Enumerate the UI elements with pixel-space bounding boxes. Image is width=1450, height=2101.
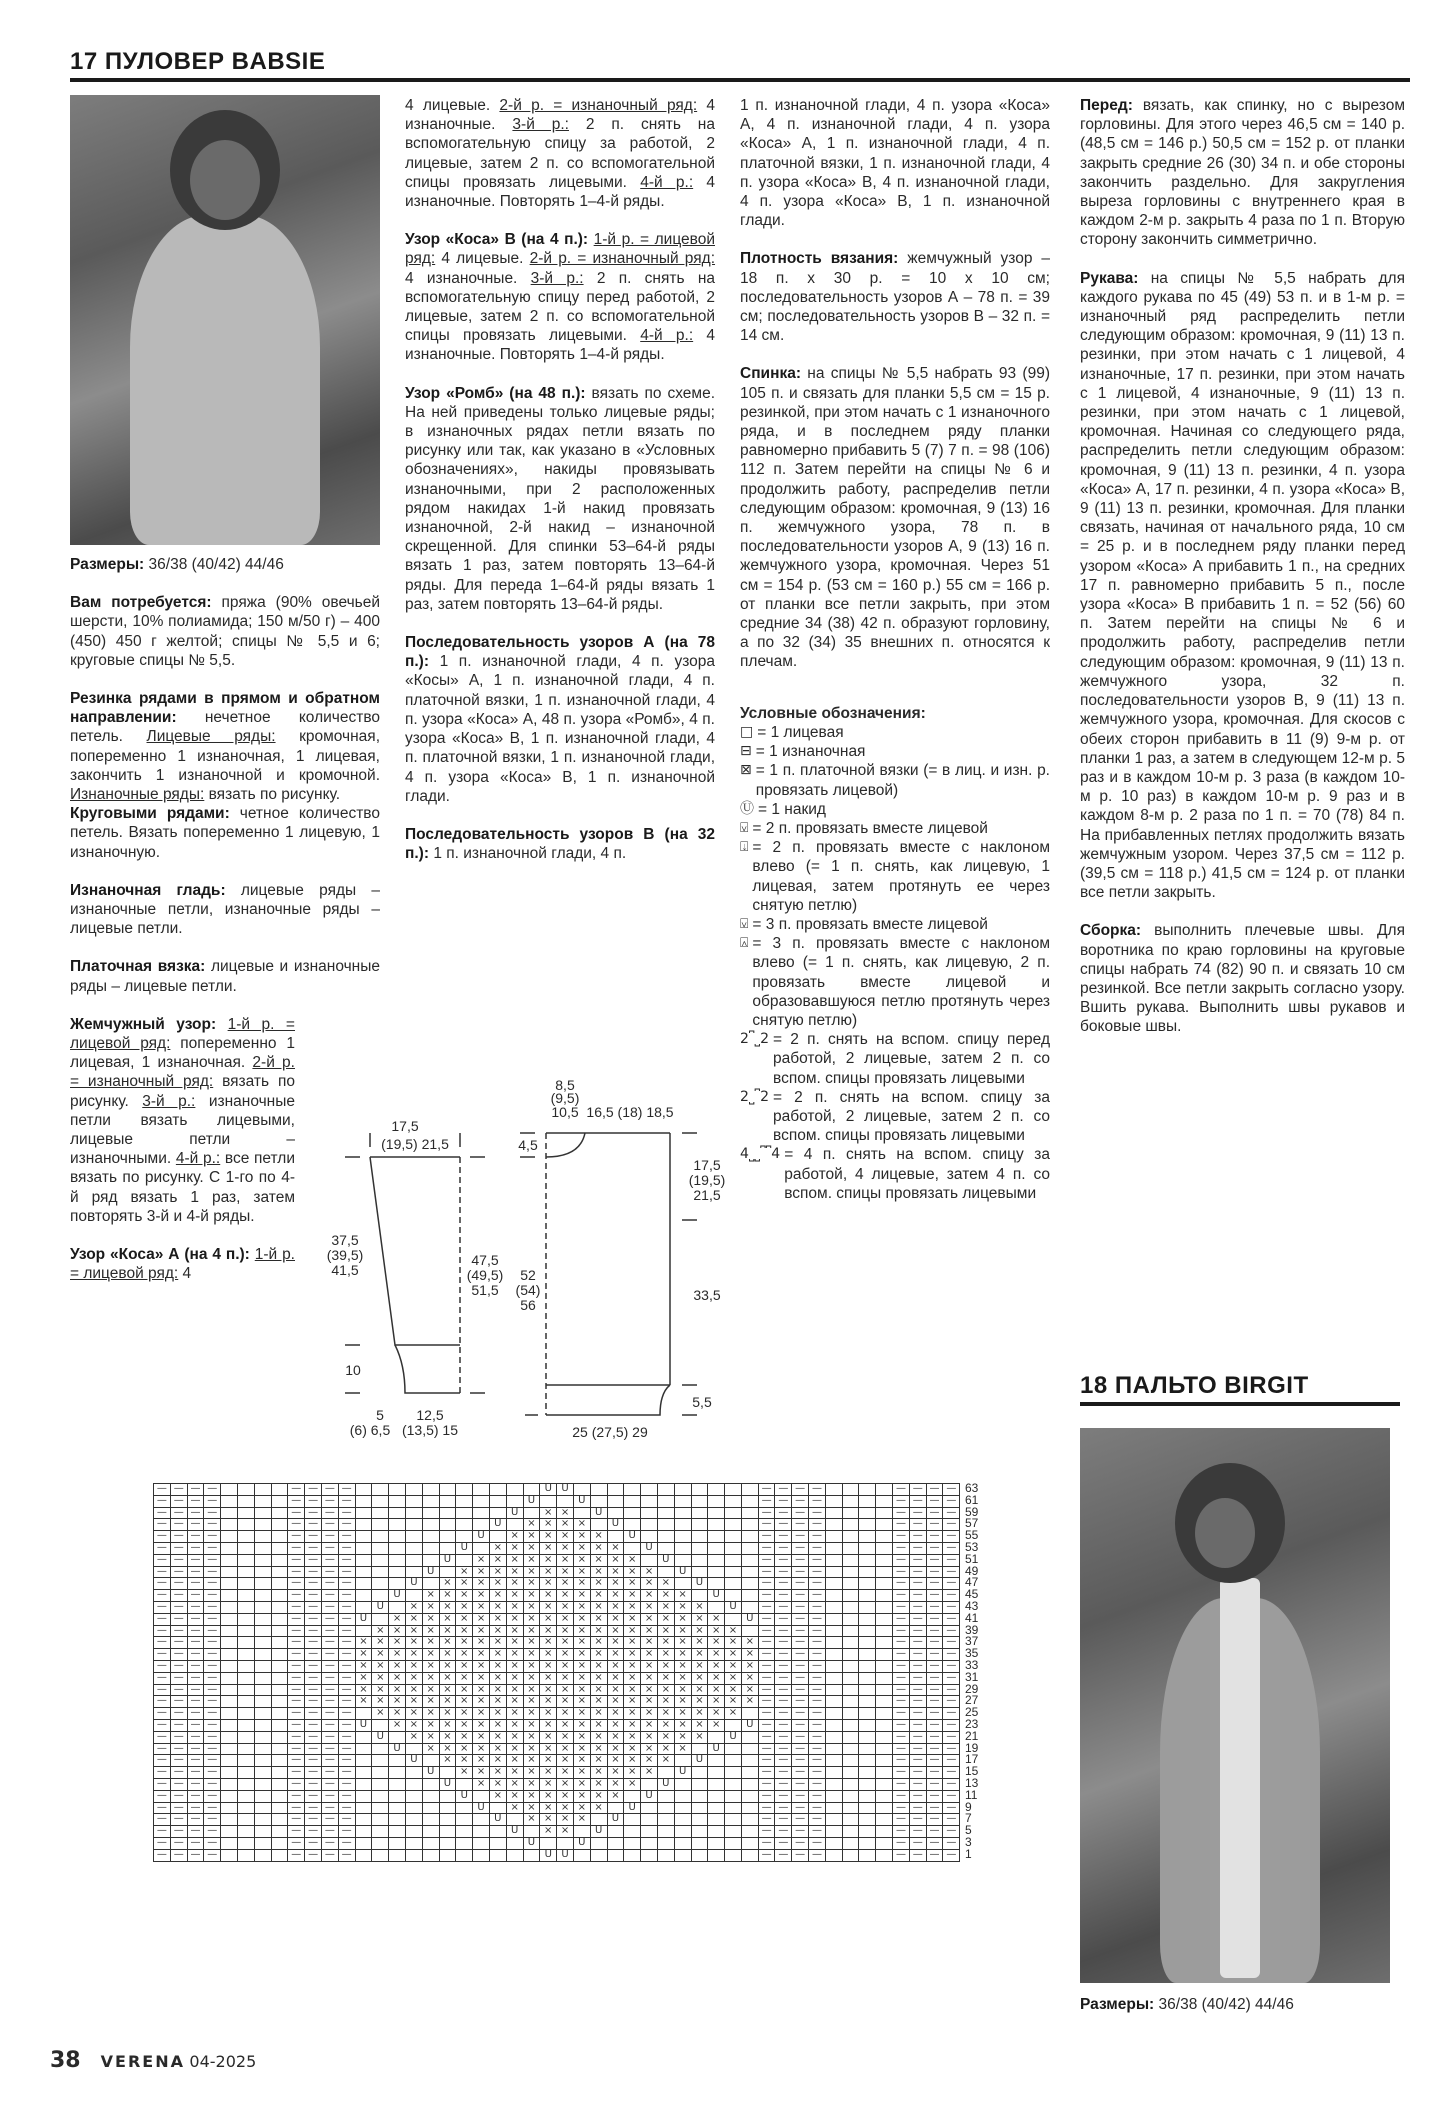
chart-cell <box>255 1779 272 1791</box>
chart-cell <box>826 1814 843 1826</box>
chart-cell <box>389 1496 406 1508</box>
chart-cell <box>859 1732 876 1744</box>
chart-cell <box>742 1779 759 1791</box>
chart-cell <box>826 1732 843 1744</box>
chart-cell <box>608 1838 625 1850</box>
chart-cell <box>859 1614 876 1626</box>
chart-cell <box>826 1767 843 1779</box>
chart-cell <box>859 1838 876 1850</box>
chart-cell: — <box>943 1791 960 1803</box>
chart-cell: × <box>473 1732 490 1744</box>
chart-cell: × <box>507 1720 524 1732</box>
chart-cell: — <box>775 1661 792 1673</box>
chart-cell: — <box>775 1791 792 1803</box>
chart-cell <box>658 1519 675 1531</box>
chart-cell <box>876 1626 893 1638</box>
chart-cell <box>456 1838 473 1850</box>
chart-cell: U <box>423 1567 440 1579</box>
chart-cell: × <box>725 1661 742 1673</box>
chart-cell: — <box>775 1779 792 1791</box>
chart-cell <box>859 1578 876 1590</box>
chart-cell <box>255 1543 272 1555</box>
chart-cell <box>725 1755 742 1767</box>
chart-cell <box>238 1838 255 1850</box>
gauge-label: Плотность вязания: <box>740 250 898 267</box>
chart-cell: — <box>188 1850 205 1862</box>
chart-cell: × <box>608 1602 625 1614</box>
chart-cell <box>406 1814 423 1826</box>
chart-cell: — <box>154 1496 171 1508</box>
chart-cell <box>826 1519 843 1531</box>
sequence-a-text: 1 п. изнаночной глади, 4 п. узора «Косы»… <box>405 653 715 804</box>
chart-cell: — <box>188 1543 205 1555</box>
chart-cell <box>389 1508 406 1520</box>
chart-cell <box>859 1567 876 1579</box>
chart-cell <box>876 1779 893 1791</box>
chart-cell: — <box>809 1850 826 1862</box>
chart-cell: × <box>440 1755 457 1767</box>
chart-cell: — <box>927 1838 944 1850</box>
chart-cell: — <box>288 1850 305 1862</box>
chart-cell: — <box>188 1838 205 1850</box>
chart-cell <box>490 1850 507 1862</box>
svg-text:51,5: 51,5 <box>471 1282 498 1298</box>
chart-cell <box>859 1708 876 1720</box>
chart-cell: — <box>322 1779 339 1791</box>
chart-cell: — <box>910 1673 927 1685</box>
chart-cell: — <box>339 1850 356 1862</box>
legend-item: 4⎵⎵⎴⎴4= 4 п. снять на вспом. спицу за ра… <box>740 1145 1050 1203</box>
chart-cell: × <box>490 1732 507 1744</box>
chart-cell: U <box>608 1519 625 1531</box>
chart-cell <box>255 1602 272 1614</box>
chart-cell <box>608 1850 625 1862</box>
chart-cell <box>876 1673 893 1685</box>
chart-cell: × <box>356 1696 373 1708</box>
knit-icon: □ <box>740 723 753 742</box>
section-title-coat: 18 ПАЛЬТО BIRGIT <box>1080 1372 1400 1406</box>
chart-cell: — <box>339 1791 356 1803</box>
svg-text:16,5 (18) 18,5: 16,5 (18) 18,5 <box>586 1104 673 1120</box>
chart-cell: × <box>574 1814 591 1826</box>
legend-text: = 1 п. платочной вязки (= в лиц. и изн. … <box>756 761 1050 799</box>
chart-cell <box>725 1826 742 1838</box>
chart-cell: — <box>154 1543 171 1555</box>
chart-cell <box>221 1496 238 1508</box>
chart-cell <box>876 1637 893 1649</box>
chart-cell: — <box>339 1661 356 1673</box>
chart-cell <box>574 1850 591 1862</box>
chart-cell <box>221 1850 238 1862</box>
row-label: 3-й р.: <box>512 116 569 133</box>
chart-cell: — <box>910 1732 927 1744</box>
chart-cell <box>692 1519 709 1531</box>
coat-photo <box>1080 1428 1390 1983</box>
legend-item: ⍗= 2 п. провязать вместе с наклоном влев… <box>740 838 1050 915</box>
chart-cell: — <box>927 1661 944 1673</box>
chart-cell <box>238 1637 255 1649</box>
chart-cell: × <box>440 1720 457 1732</box>
chart-cell <box>272 1779 289 1791</box>
svg-text:17,5: 17,5 <box>693 1157 720 1173</box>
chart-cell: × <box>406 1661 423 1673</box>
chart-cell: — <box>809 1496 826 1508</box>
chart-cell <box>843 1826 860 1838</box>
chart-cell: × <box>624 1661 641 1673</box>
chart-cell <box>255 1661 272 1673</box>
chart-cell <box>406 1826 423 1838</box>
chart-cell: — <box>339 1602 356 1614</box>
chart-cell: × <box>406 1673 423 1685</box>
chart-cell <box>843 1602 860 1614</box>
sizes-value: 36/38 (40/42) 44/46 <box>149 556 284 573</box>
chart-cell <box>356 1543 373 1555</box>
chart-cell <box>843 1755 860 1767</box>
chart-cell: — <box>792 1602 809 1614</box>
legend-text: = 3 п. провязать вместе лицевой <box>752 915 1050 934</box>
chart-cell <box>272 1649 289 1661</box>
chart-cell: — <box>188 1555 205 1567</box>
svg-text:56: 56 <box>520 1297 536 1313</box>
chart-cell <box>826 1614 843 1626</box>
chart-cell: × <box>591 1673 608 1685</box>
chart-cell: — <box>322 1602 339 1614</box>
chart-cell <box>742 1803 759 1815</box>
chart-cell <box>826 1708 843 1720</box>
chart-cell: — <box>171 1496 188 1508</box>
chart-cell <box>221 1767 238 1779</box>
chart-cell: — <box>759 1614 776 1626</box>
chart-cell: U <box>557 1850 574 1862</box>
chart-cell: — <box>927 1555 944 1567</box>
chart-cell: — <box>893 1779 910 1791</box>
chart-cell <box>725 1543 742 1555</box>
chart-cell <box>238 1673 255 1685</box>
chart-cell <box>490 1826 507 1838</box>
chart-cell <box>406 1519 423 1531</box>
chart-cell <box>692 1531 709 1543</box>
chart-cell <box>456 1555 473 1567</box>
chart-cell <box>440 1531 457 1543</box>
chart-cell <box>843 1685 860 1697</box>
chart-cell <box>272 1508 289 1520</box>
chart-cell: U <box>440 1779 457 1791</box>
svg-text:52: 52 <box>520 1267 536 1283</box>
chart-cell <box>843 1720 860 1732</box>
chart-cell <box>859 1661 876 1673</box>
chart-cell: × <box>473 1661 490 1673</box>
chart-cell: × <box>641 1602 658 1614</box>
cable-2x2-back-icon: 2⎵⎴2 <box>740 1088 769 1146</box>
chart-cell <box>255 1567 272 1579</box>
chart-cell: — <box>893 1661 910 1673</box>
chart-cell <box>843 1614 860 1626</box>
chart-cell: × <box>692 1661 709 1673</box>
chart-cell <box>372 1531 389 1543</box>
chart-cell: × <box>608 1661 625 1673</box>
chart-cell <box>238 1755 255 1767</box>
chart-cell: — <box>910 1602 927 1614</box>
chart-cell: U <box>540 1484 557 1496</box>
chart-cell: — <box>927 1732 944 1744</box>
sk2p-icon: ⍓ <box>740 934 748 1030</box>
chart-cell: × <box>490 1661 507 1673</box>
chart-cell <box>423 1531 440 1543</box>
chart-cell: — <box>809 1661 826 1673</box>
chart-cell: — <box>910 1838 927 1850</box>
chart-cell: × <box>540 1732 557 1744</box>
chart-cell: — <box>759 1850 776 1862</box>
chart-cell <box>843 1508 860 1520</box>
chart-cell <box>372 1767 389 1779</box>
chart-cell <box>843 1555 860 1567</box>
chart-cell <box>692 1543 709 1555</box>
chart-cell <box>255 1496 272 1508</box>
chart-cell: × <box>658 1720 675 1732</box>
chart-cell <box>876 1508 893 1520</box>
chart-cell <box>221 1779 238 1791</box>
chart-cell: — <box>322 1791 339 1803</box>
chart-cell: × <box>591 1555 608 1567</box>
sizes-label: Размеры: <box>70 556 144 573</box>
chart-cell <box>221 1708 238 1720</box>
chart-cell <box>708 1767 725 1779</box>
chart-cell <box>692 1484 709 1496</box>
chart-cell: U <box>742 1720 759 1732</box>
chart-cell <box>255 1732 272 1744</box>
chart-cell: U <box>692 1578 709 1590</box>
chart-cell <box>826 1685 843 1697</box>
chart-cell <box>708 1519 725 1531</box>
chart-cell <box>843 1708 860 1720</box>
chart-cell <box>221 1803 238 1815</box>
chart-cell: × <box>641 1732 658 1744</box>
chart-cell <box>826 1484 843 1496</box>
chart-cell <box>238 1567 255 1579</box>
chart-cell: — <box>792 1720 809 1732</box>
chart-cell: — <box>322 1555 339 1567</box>
chart-cell <box>675 1814 692 1826</box>
chart-cell <box>272 1767 289 1779</box>
legend-item: ⊟= 1 изнаночная <box>740 742 1050 761</box>
chart-cell <box>843 1531 860 1543</box>
chart-cell <box>238 1685 255 1697</box>
chart-cell: × <box>574 1543 591 1555</box>
svg-text:10: 10 <box>345 1362 361 1378</box>
chart-cell <box>238 1602 255 1614</box>
chart-cell <box>876 1826 893 1838</box>
svg-text:(49,5): (49,5) <box>467 1267 504 1283</box>
row-label: 3-й р.: <box>142 1093 195 1110</box>
chart-cell <box>406 1838 423 1850</box>
svg-text:21,5: 21,5 <box>693 1187 720 1203</box>
chart-row-number: 1 <box>965 1849 978 1861</box>
chart-cell <box>557 1496 574 1508</box>
chart-cell: U <box>524 1496 541 1508</box>
chart-cell: — <box>171 1661 188 1673</box>
chart-cell: × <box>658 1673 675 1685</box>
chart-cell <box>255 1850 272 1862</box>
chart-cell: — <box>154 1850 171 1862</box>
chart-cell <box>843 1543 860 1555</box>
chart-cell <box>843 1744 860 1756</box>
chart-cell: × <box>574 1661 591 1673</box>
chart-cell: × <box>423 1720 440 1732</box>
reverse-label: Изнаночная гладь: <box>70 882 226 899</box>
materials-label: Вам потребуется: <box>70 594 212 611</box>
chart-cell: × <box>624 1779 641 1791</box>
chart-cell: × <box>456 1732 473 1744</box>
chart-cell: × <box>574 1602 591 1614</box>
chart-cell <box>440 1803 457 1815</box>
chart-cell <box>238 1779 255 1791</box>
chart-cell <box>255 1744 272 1756</box>
chart-cell: — <box>759 1732 776 1744</box>
chart-cell: × <box>524 1673 541 1685</box>
chart-cell <box>473 1508 490 1520</box>
chart-cell <box>859 1814 876 1826</box>
chart-cell <box>423 1508 440 1520</box>
chart-cell <box>826 1803 843 1815</box>
chart-cell <box>423 1791 440 1803</box>
chart-cell <box>356 1779 373 1791</box>
chart-cell: × <box>507 1661 524 1673</box>
chart-cell <box>221 1649 238 1661</box>
chart-cell <box>238 1814 255 1826</box>
chart-cell <box>859 1744 876 1756</box>
chart-cell <box>423 1814 440 1826</box>
chart-cell: × <box>473 1614 490 1626</box>
chart-cell: — <box>188 1602 205 1614</box>
chart-cell: — <box>792 1838 809 1850</box>
chart-cell: — <box>943 1732 960 1744</box>
chart-cell <box>826 1791 843 1803</box>
chart-cell: — <box>927 1850 944 1862</box>
chart-cell: × <box>574 1779 591 1791</box>
chart-cell <box>876 1519 893 1531</box>
chart-cell <box>658 1791 675 1803</box>
chart-cell <box>221 1696 238 1708</box>
chart-cell <box>423 1555 440 1567</box>
chart-cell: × <box>692 1732 709 1744</box>
chart-cell <box>221 1590 238 1602</box>
chart-cell <box>272 1590 289 1602</box>
chart-cell <box>372 1779 389 1791</box>
chart-cell <box>221 1838 238 1850</box>
chart-cell <box>641 1555 658 1567</box>
chart-cell <box>372 1567 389 1579</box>
chart-cell <box>742 1755 759 1767</box>
chart-cell: — <box>305 1661 322 1673</box>
chart-cell <box>876 1531 893 1543</box>
chart-cell <box>826 1661 843 1673</box>
chart-cell <box>658 1496 675 1508</box>
chart-cell <box>843 1496 860 1508</box>
chart-cell: × <box>557 1543 574 1555</box>
chart-cell: × <box>524 1732 541 1744</box>
chart-cell <box>440 1826 457 1838</box>
chart-cell <box>876 1661 893 1673</box>
chart-cell: × <box>692 1614 709 1626</box>
chart-cell <box>389 1767 406 1779</box>
chart-cell: U <box>507 1826 524 1838</box>
chart-cell <box>255 1838 272 1850</box>
chart-cell <box>658 1508 675 1520</box>
chart-cell: U <box>372 1602 389 1614</box>
chart-cell: — <box>792 1673 809 1685</box>
chart-cell <box>859 1720 876 1732</box>
chart-cell: — <box>910 1720 927 1732</box>
chart-cell: — <box>927 1720 944 1732</box>
chart-cell: × <box>574 1791 591 1803</box>
chart-cell <box>221 1732 238 1744</box>
chart-cell: — <box>322 1614 339 1626</box>
chart-cell: — <box>171 1614 188 1626</box>
chart-cell: — <box>288 1720 305 1732</box>
chart-cell: — <box>809 1555 826 1567</box>
chart-cell <box>272 1850 289 1862</box>
chart-cell <box>356 1590 373 1602</box>
chart-cell: U <box>692 1755 709 1767</box>
chart-cell <box>272 1555 289 1567</box>
legend-text: = 1 лицевая <box>757 723 1050 742</box>
row-label: 4-й р.: <box>640 327 693 344</box>
chart-cell: × <box>540 1779 557 1791</box>
chart-cell <box>859 1826 876 1838</box>
chart-cell: — <box>943 1602 960 1614</box>
rib-round-label: Круговыми рядами: <box>70 805 230 822</box>
chart-cell <box>406 1531 423 1543</box>
chart-cell: U <box>356 1614 373 1626</box>
chart-cell <box>255 1720 272 1732</box>
chart-cell <box>272 1803 289 1815</box>
chart-cell: — <box>759 1555 776 1567</box>
chart-cell: — <box>775 1673 792 1685</box>
chart-cell: U <box>574 1496 591 1508</box>
k3tog-icon: ⍌ <box>740 915 748 934</box>
chart-cell <box>372 1614 389 1626</box>
chart-cell: × <box>372 1673 389 1685</box>
chart-cell <box>591 1838 608 1850</box>
sleeves-text: на спицы № 5,5 набрать для каждого рукав… <box>1080 270 1405 902</box>
chart-cell <box>389 1543 406 1555</box>
chart-cell: × <box>591 1779 608 1791</box>
chart-cell: U <box>624 1803 641 1815</box>
chart-cell <box>876 1708 893 1720</box>
svg-text:5,5: 5,5 <box>692 1394 712 1410</box>
chart-cell <box>272 1838 289 1850</box>
svg-text:12,5: 12,5 <box>416 1407 443 1423</box>
chart-cell <box>389 1791 406 1803</box>
chart-cell <box>406 1484 423 1496</box>
chart-cell: × <box>490 1543 507 1555</box>
chart-cell: × <box>557 1779 574 1791</box>
chart-cell <box>859 1496 876 1508</box>
chart-cell: × <box>540 1826 557 1838</box>
chart-cell <box>708 1555 725 1567</box>
chart-cell <box>641 1814 658 1826</box>
chart-cell <box>372 1484 389 1496</box>
chart-cell <box>675 1838 692 1850</box>
chart-cell: × <box>524 1602 541 1614</box>
legend-item: □= 1 лицевая <box>740 723 1050 742</box>
chart-cell: × <box>608 1779 625 1791</box>
chart-cell: — <box>204 1543 221 1555</box>
chart-cell: — <box>792 1496 809 1508</box>
chart-cell <box>557 1838 574 1850</box>
chart-cell <box>255 1791 272 1803</box>
chart-cell <box>725 1614 742 1626</box>
